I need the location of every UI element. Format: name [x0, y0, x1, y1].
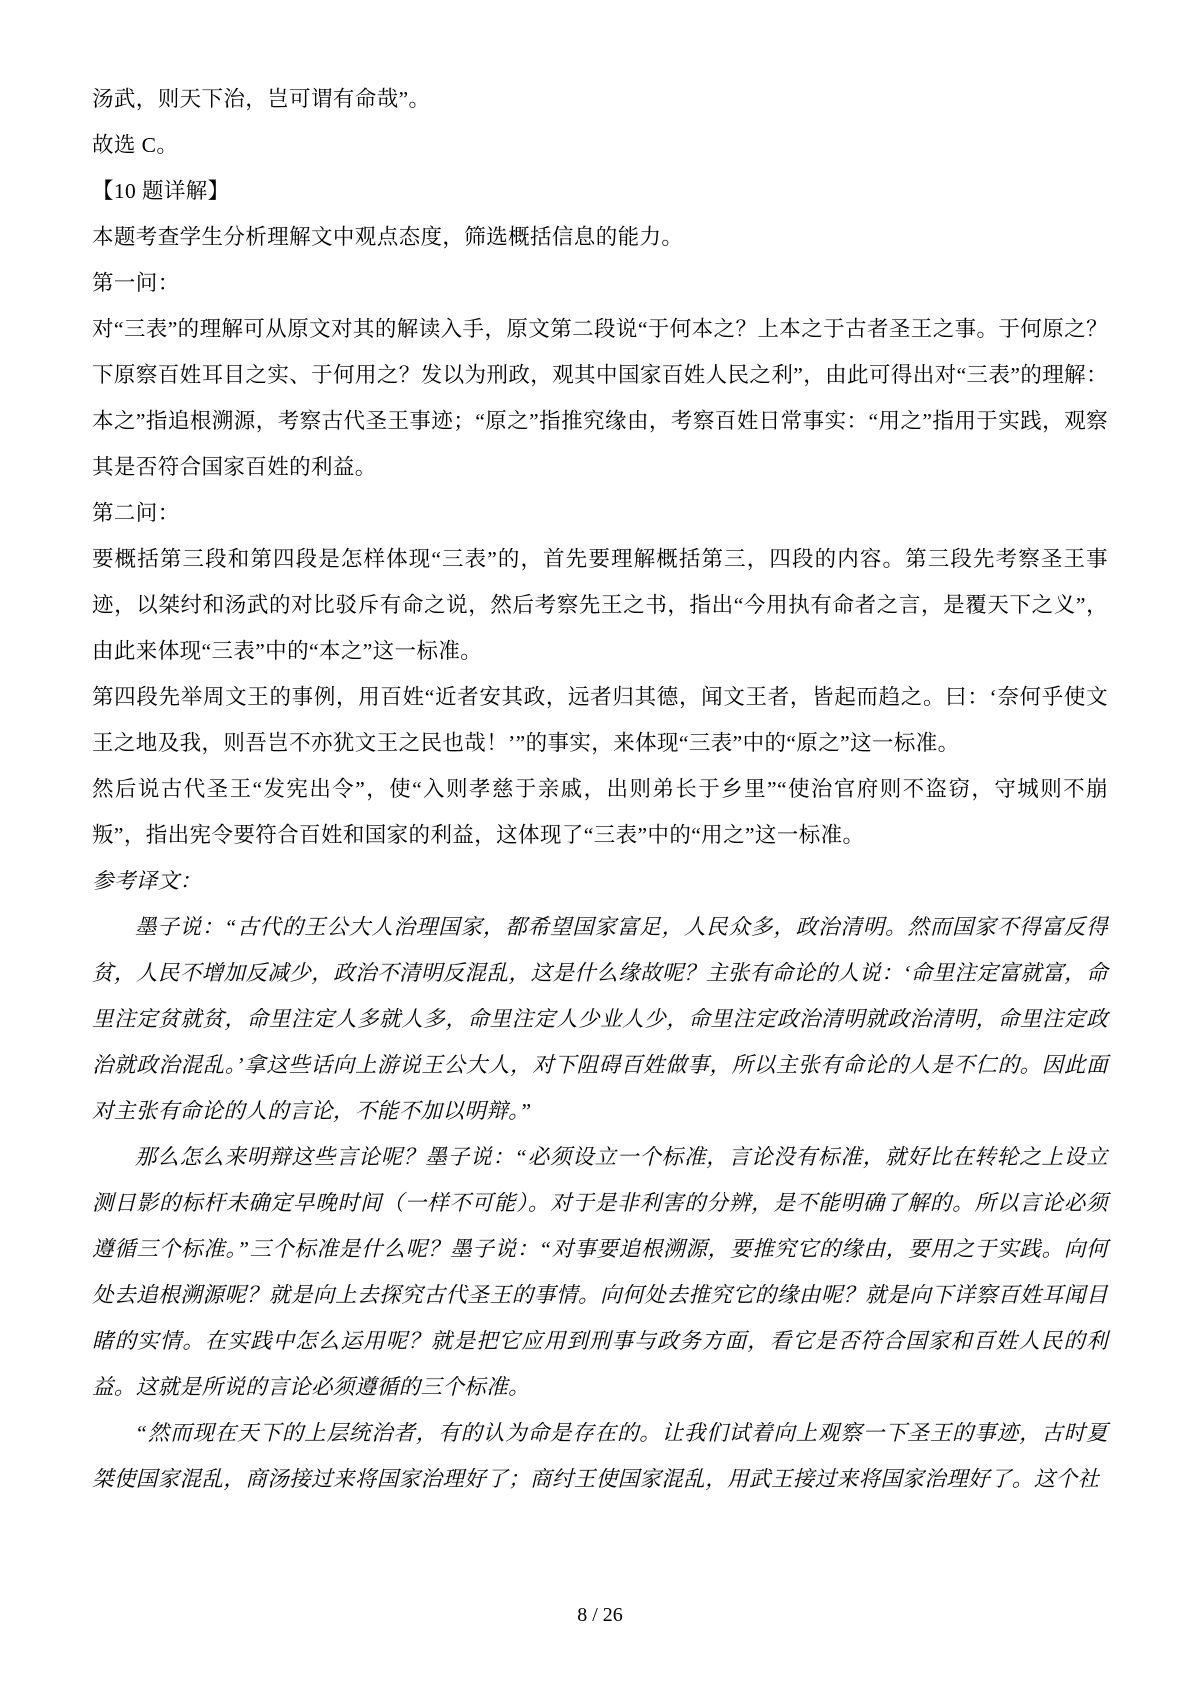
second-question-label: 第二问： [92, 490, 1108, 536]
page-footer: 8 / 26 [0, 1600, 1200, 1630]
answer-analysis-continuation: 汤武，则天下治，岂可谓有命哉”。 [92, 76, 1108, 122]
second-question-analysis-3: 然后说古代圣王“发宪出令”，使“入则孝慈于亲戚，出则弟长于乡里”“使治官府则不盗… [92, 766, 1108, 858]
translation-paragraph-2: 那么怎么来明辩这些言论呢？墨子说：“必须设立一个标准，言论没有标准，就好比在转轮… [92, 1134, 1108, 1410]
second-question-analysis-1: 要概括第三段和第四段是怎样体现“三表”的，首先要理解概括第三，四段的内容。第三段… [92, 536, 1108, 674]
translation-paragraph-1: 墨子说：“古代的王公大人治理国家，都希望国家富足，人民众多，政治清明。然而国家不… [92, 904, 1108, 1134]
translation-paragraph-3: “然而现在天下的上层统治者，有的认为命是存在的。让我们试着向上观察一下圣王的事迹… [92, 1410, 1108, 1502]
page-number: 8 / 26 [577, 1604, 623, 1626]
second-question-analysis-2: 第四段先举周文王的事例，用百姓“近者安其政，远者归其德，闻文王者，皆起而趋之。曰… [92, 674, 1108, 766]
answer-choice-line: 故选 C。 [92, 122, 1108, 168]
answer-explanation-section: 汤武，则天下治，岂可谓有命哉”。 故选 C。 【10 题详解】 本题考查学生分析… [92, 76, 1108, 1502]
reference-translation-label: 参考译文： [92, 858, 1108, 904]
first-question-label: 第一问： [92, 260, 1108, 306]
question-10-detail-heading: 【10 题详解】 [92, 168, 1108, 214]
ability-statement: 本题考查学生分析理解文中观点态度，筛选概括信息的能力。 [92, 214, 1108, 260]
document-page: 汤武，则天下治，岂可谓有命哉”。 故选 C。 【10 题详解】 本题考查学生分析… [0, 0, 1200, 1697]
first-question-analysis: 对“三表”的理解可从原文对其的解读入手，原文第二段说“于何本之？上本之于古者圣王… [92, 306, 1108, 490]
